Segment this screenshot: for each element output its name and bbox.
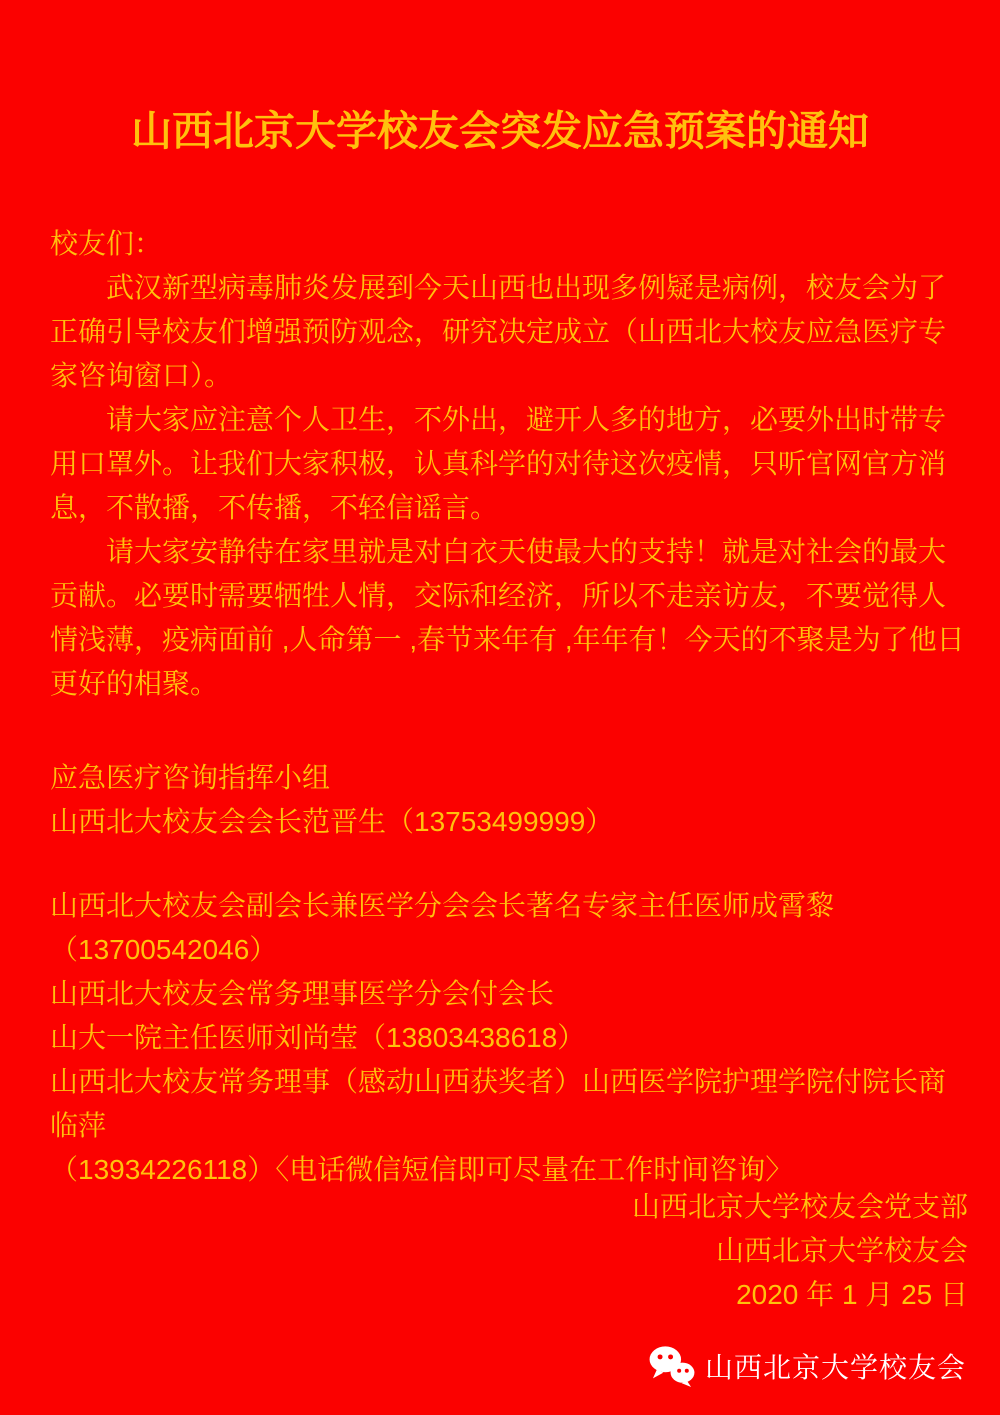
paragraph-3: 请大家安静待在家里就是对白衣天使最大的支持！就是对社会的最大贡献。必要时需要牺牲…	[50, 530, 972, 706]
expert-line: 山西北大校友常务理事（感动山西获奖者）山西医学院护理学院付院长商临萍	[50, 1060, 972, 1148]
signature-block: 山西北京大学校友会党支部 山西北京大学校友会 2020 年 1 月 25 日	[632, 1185, 968, 1317]
notice-body: 校友们： 武汉新型病毒肺炎发展到今天山西也出现多例疑是病例，校友会为了正确引导校…	[50, 222, 972, 1192]
command-group-leader: 山西北大校友会会长范晋生（13753499999）	[50, 800, 972, 844]
wechat-account-footer: 山西北京大学校友会	[647, 1345, 966, 1387]
signature-org-party-branch: 山西北京大学校友会党支部	[632, 1185, 968, 1229]
wechat-logo-icon	[647, 1345, 697, 1387]
expert-line: 山西北大校友会副会长兼医学分会会长著名专家主任医师成霄黎	[50, 884, 972, 928]
experts-section: 山西北大校友会副会长兼医学分会会长著名专家主任医师成霄黎 （1370054204…	[50, 884, 972, 1192]
command-group-heading: 应急医疗咨询指挥小组	[50, 756, 972, 800]
paragraph-2: 请大家应注意个人卫生，不外出，避开人多的地方，必要外出时带专用口罩外。让我们大家…	[50, 398, 972, 530]
signature-date: 2020 年 1 月 25 日	[632, 1273, 968, 1317]
expert-line: 山西北大校友会常务理事医学分会付会长	[50, 972, 972, 1016]
wechat-account-name: 山西北京大学校友会	[705, 1346, 966, 1386]
notice-title: 山西北京大学校友会突发应急预案的通知	[0, 98, 1000, 157]
expert-phone-line: （13700542046）	[50, 928, 972, 972]
salutation: 校友们：	[50, 222, 972, 266]
paragraph-1: 武汉新型病毒肺炎发展到今天山西也出现多例疑是病例，校友会为了正确引导校友们增强预…	[50, 266, 972, 398]
signature-org-alumni: 山西北京大学校友会	[632, 1229, 968, 1273]
expert-line: 山大一院主任医师刘尚莹（13803438618）	[50, 1016, 972, 1060]
notice-page: 山西北京大学校友会突发应急预案的通知 校友们： 武汉新型病毒肺炎发展到今天山西也…	[0, 0, 1000, 1415]
command-group-section: 应急医疗咨询指挥小组 山西北大校友会会长范晋生（13753499999）	[50, 756, 972, 844]
